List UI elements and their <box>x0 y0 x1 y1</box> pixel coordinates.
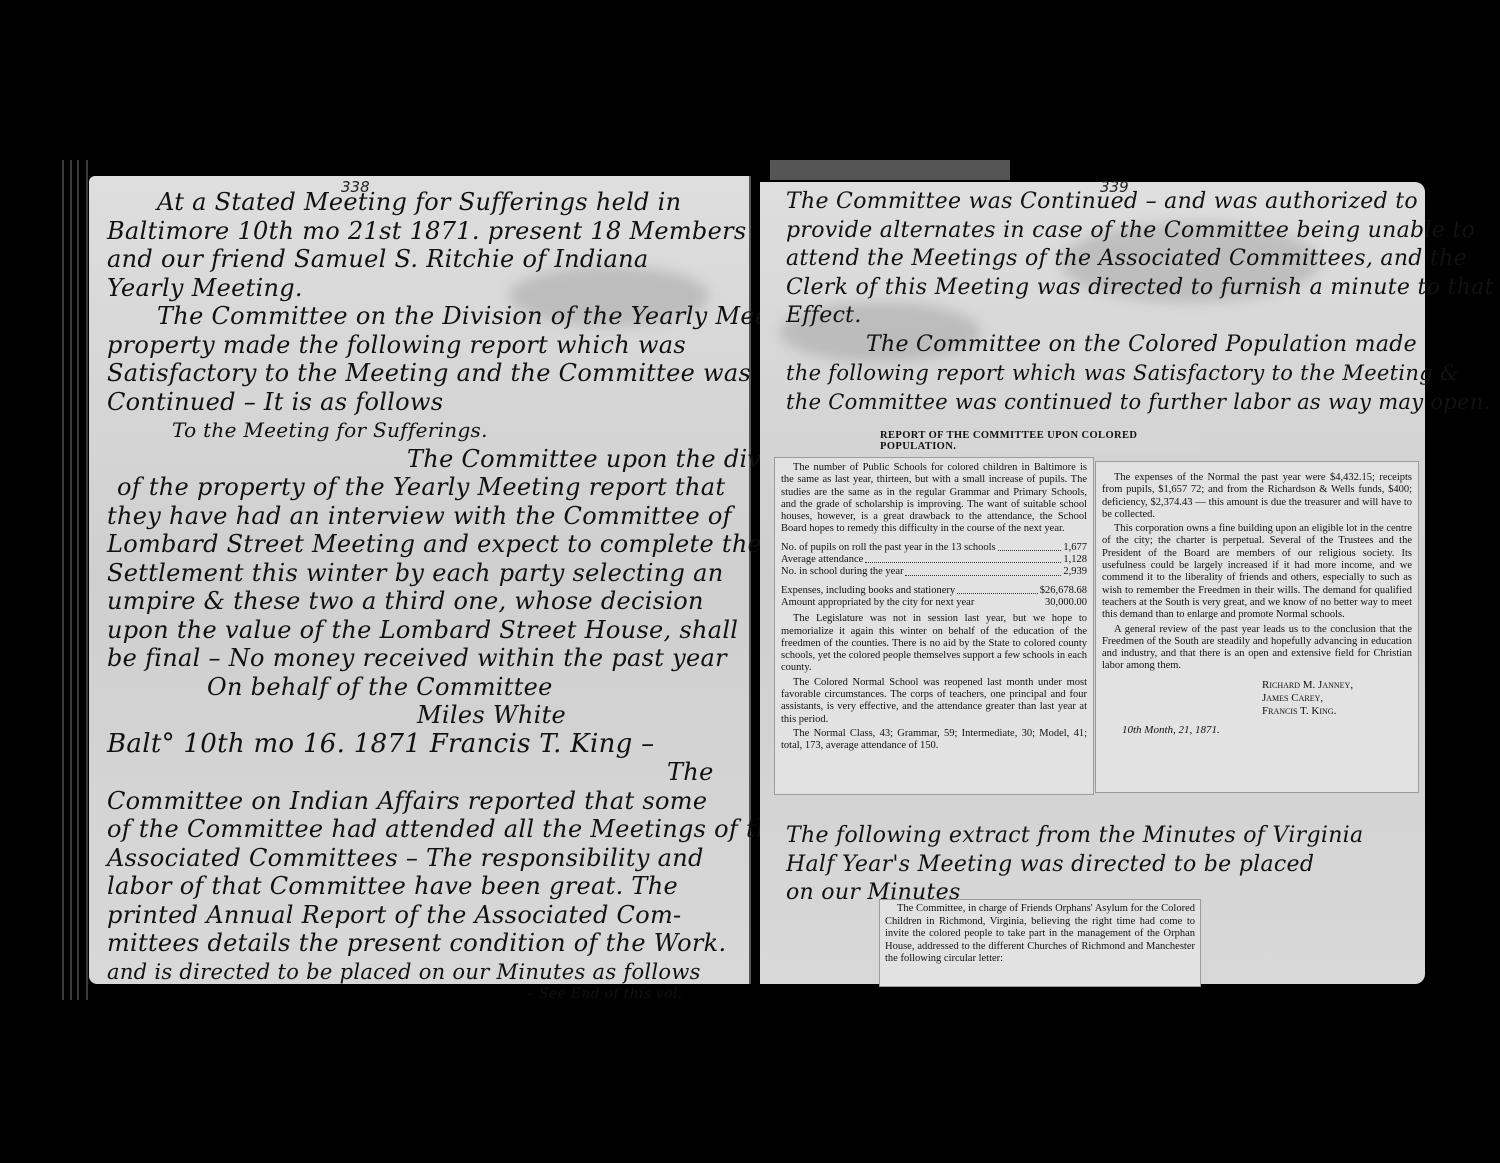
handwritten-line: Half Year's Meeting was directed to be p… <box>786 851 1416 880</box>
newspaper-clipping-column-1: The number of Public Schools for colored… <box>775 458 1093 794</box>
right-page-handwriting-top: The Committee was Continued – and was au… <box>786 188 1416 416</box>
handwritten-line: upon the value of the Lombard Street Hou… <box>107 616 747 645</box>
handwritten-line: they have had an interview with the Comm… <box>107 502 747 531</box>
clipping-paragraph: This corporation owns a fine building up… <box>1102 523 1412 621</box>
handwritten-line: On behalf of the Committee <box>107 673 747 702</box>
signer-name: Richard M. Janney, <box>1262 679 1412 692</box>
signer-name: Francis T. King. <box>1262 705 1412 718</box>
handwritten-line: The Committee on the Division of the Yea… <box>107 302 747 331</box>
handwritten-line: Satisfactory to the Meeting and the Comm… <box>107 359 747 388</box>
handwritten-line: Associated Committees – The responsibili… <box>107 844 747 873</box>
clipping-dateline: 10th Month, 21, 1871. <box>1122 724 1412 736</box>
clipping-paragraph: The expenses of the Normal the past year… <box>1102 472 1412 521</box>
handwritten-line: printed Annual Report of the Associated … <box>107 901 747 930</box>
expense-row: Amount appropriated by the city for next… <box>781 597 1087 609</box>
handwritten-line: The Committee upon the division <box>107 445 747 474</box>
handwritten-line: Committee on Indian Affairs reported tha… <box>107 787 747 816</box>
handwritten-line: attend the Meetings of the Associated Co… <box>786 245 1416 274</box>
handwritten-line: of the Committee had attended all the Me… <box>107 815 747 844</box>
handwritten-line: property made the following report which… <box>107 331 747 360</box>
handwritten-line: At a Stated Meeting for Sufferings held … <box>107 188 747 217</box>
date-signature-line: Balt° 10th mo 16. 1871 Francis T. King – <box>107 730 747 759</box>
expense-row: Expenses, including books and stationery… <box>781 585 1087 597</box>
stat-row: No. of pupils on roll the past year in t… <box>781 542 1087 554</box>
handwritten-line: Lombard Street Meeting and expect to com… <box>107 530 747 559</box>
margin-note: – See End of this vol. <box>107 986 747 1002</box>
clipping-paragraph: A general review of the past year leads … <box>1102 624 1412 673</box>
handwritten-line: Yearly Meeting. <box>107 274 747 303</box>
handwritten-line: Clerk of this Meeting was directed to fu… <box>786 274 1416 303</box>
handwritten-line: Continued – It is as follows <box>107 388 747 417</box>
clipping-paragraph: The Colored Normal School was reopened l… <box>781 677 1087 726</box>
clipping-paragraph: The Normal Class, 43; Grammar, 59; Inter… <box>781 728 1087 753</box>
clipping-paragraph: The number of Public Schools for colored… <box>781 462 1087 536</box>
clipping-title: REPORT OF THE COMMITTEE UPON COLORED POP… <box>880 430 1200 452</box>
handwritten-line: Settlement this winter by each party sel… <box>107 559 747 588</box>
handwritten-line: be final – No money received within the … <box>107 644 747 673</box>
clipping-paragraph: The Legislature was not in session last … <box>781 613 1087 674</box>
handwritten-line: of the property of the Yearly Meeting re… <box>107 473 747 502</box>
signature-line: Miles White <box>107 701 747 730</box>
newspaper-clipping-orphan-asylum: The Committee, in charge of Friends Orph… <box>880 900 1200 986</box>
clipping-signers: Richard M. Janney, James Carey, Francis … <box>1262 679 1412 718</box>
handwritten-line: Baltimore 10th mo 21st 1871. present 18 … <box>107 217 747 246</box>
left-page: 338 At a Stated Meeting for Sufferings h… <box>89 176 751 984</box>
handwritten-line: Effect. <box>786 302 1416 331</box>
right-page-handwriting-bottom: The following extract from the Minutes o… <box>786 822 1416 908</box>
clipping-paragraph: The Committee, in charge of Friends Orph… <box>885 903 1195 966</box>
handwritten-line: labor of that Committee have been great.… <box>107 872 747 901</box>
handwritten-line: The following extract from the Minutes o… <box>786 822 1416 851</box>
handwritten-line: the following report which was Satisfact… <box>786 359 1416 388</box>
handwritten-line: The <box>107 758 747 787</box>
handwritten-line: the Committee was continued to further l… <box>786 388 1416 417</box>
book-spine <box>60 160 90 1000</box>
handwritten-line: The Committee on the Colored Population … <box>786 331 1416 360</box>
handwritten-line: and our friend Samuel S. Ritchie of Indi… <box>107 245 747 274</box>
handwritten-line: The Committee was Continued – and was au… <box>786 188 1416 217</box>
signer-name: James Carey, <box>1262 692 1412 705</box>
torn-page-edge <box>770 160 1010 180</box>
newspaper-clipping-column-2: The expenses of the Normal the past year… <box>1096 462 1418 792</box>
handwritten-line: To the Meeting for Sufferings. <box>107 416 747 445</box>
stat-row: No. in school during the year2,939 <box>781 566 1087 578</box>
handwritten-line: mittees details the present condition of… <box>107 929 747 958</box>
left-page-handwriting: At a Stated Meeting for Sufferings held … <box>107 188 747 1002</box>
handwritten-line: umpire & these two a third one, whose de… <box>107 587 747 616</box>
stat-row: Average attendance1,128 <box>781 554 1087 566</box>
handwritten-line: provide alternates in case of the Commit… <box>786 217 1416 246</box>
handwritten-line: and is directed to be placed on our Minu… <box>107 958 747 987</box>
